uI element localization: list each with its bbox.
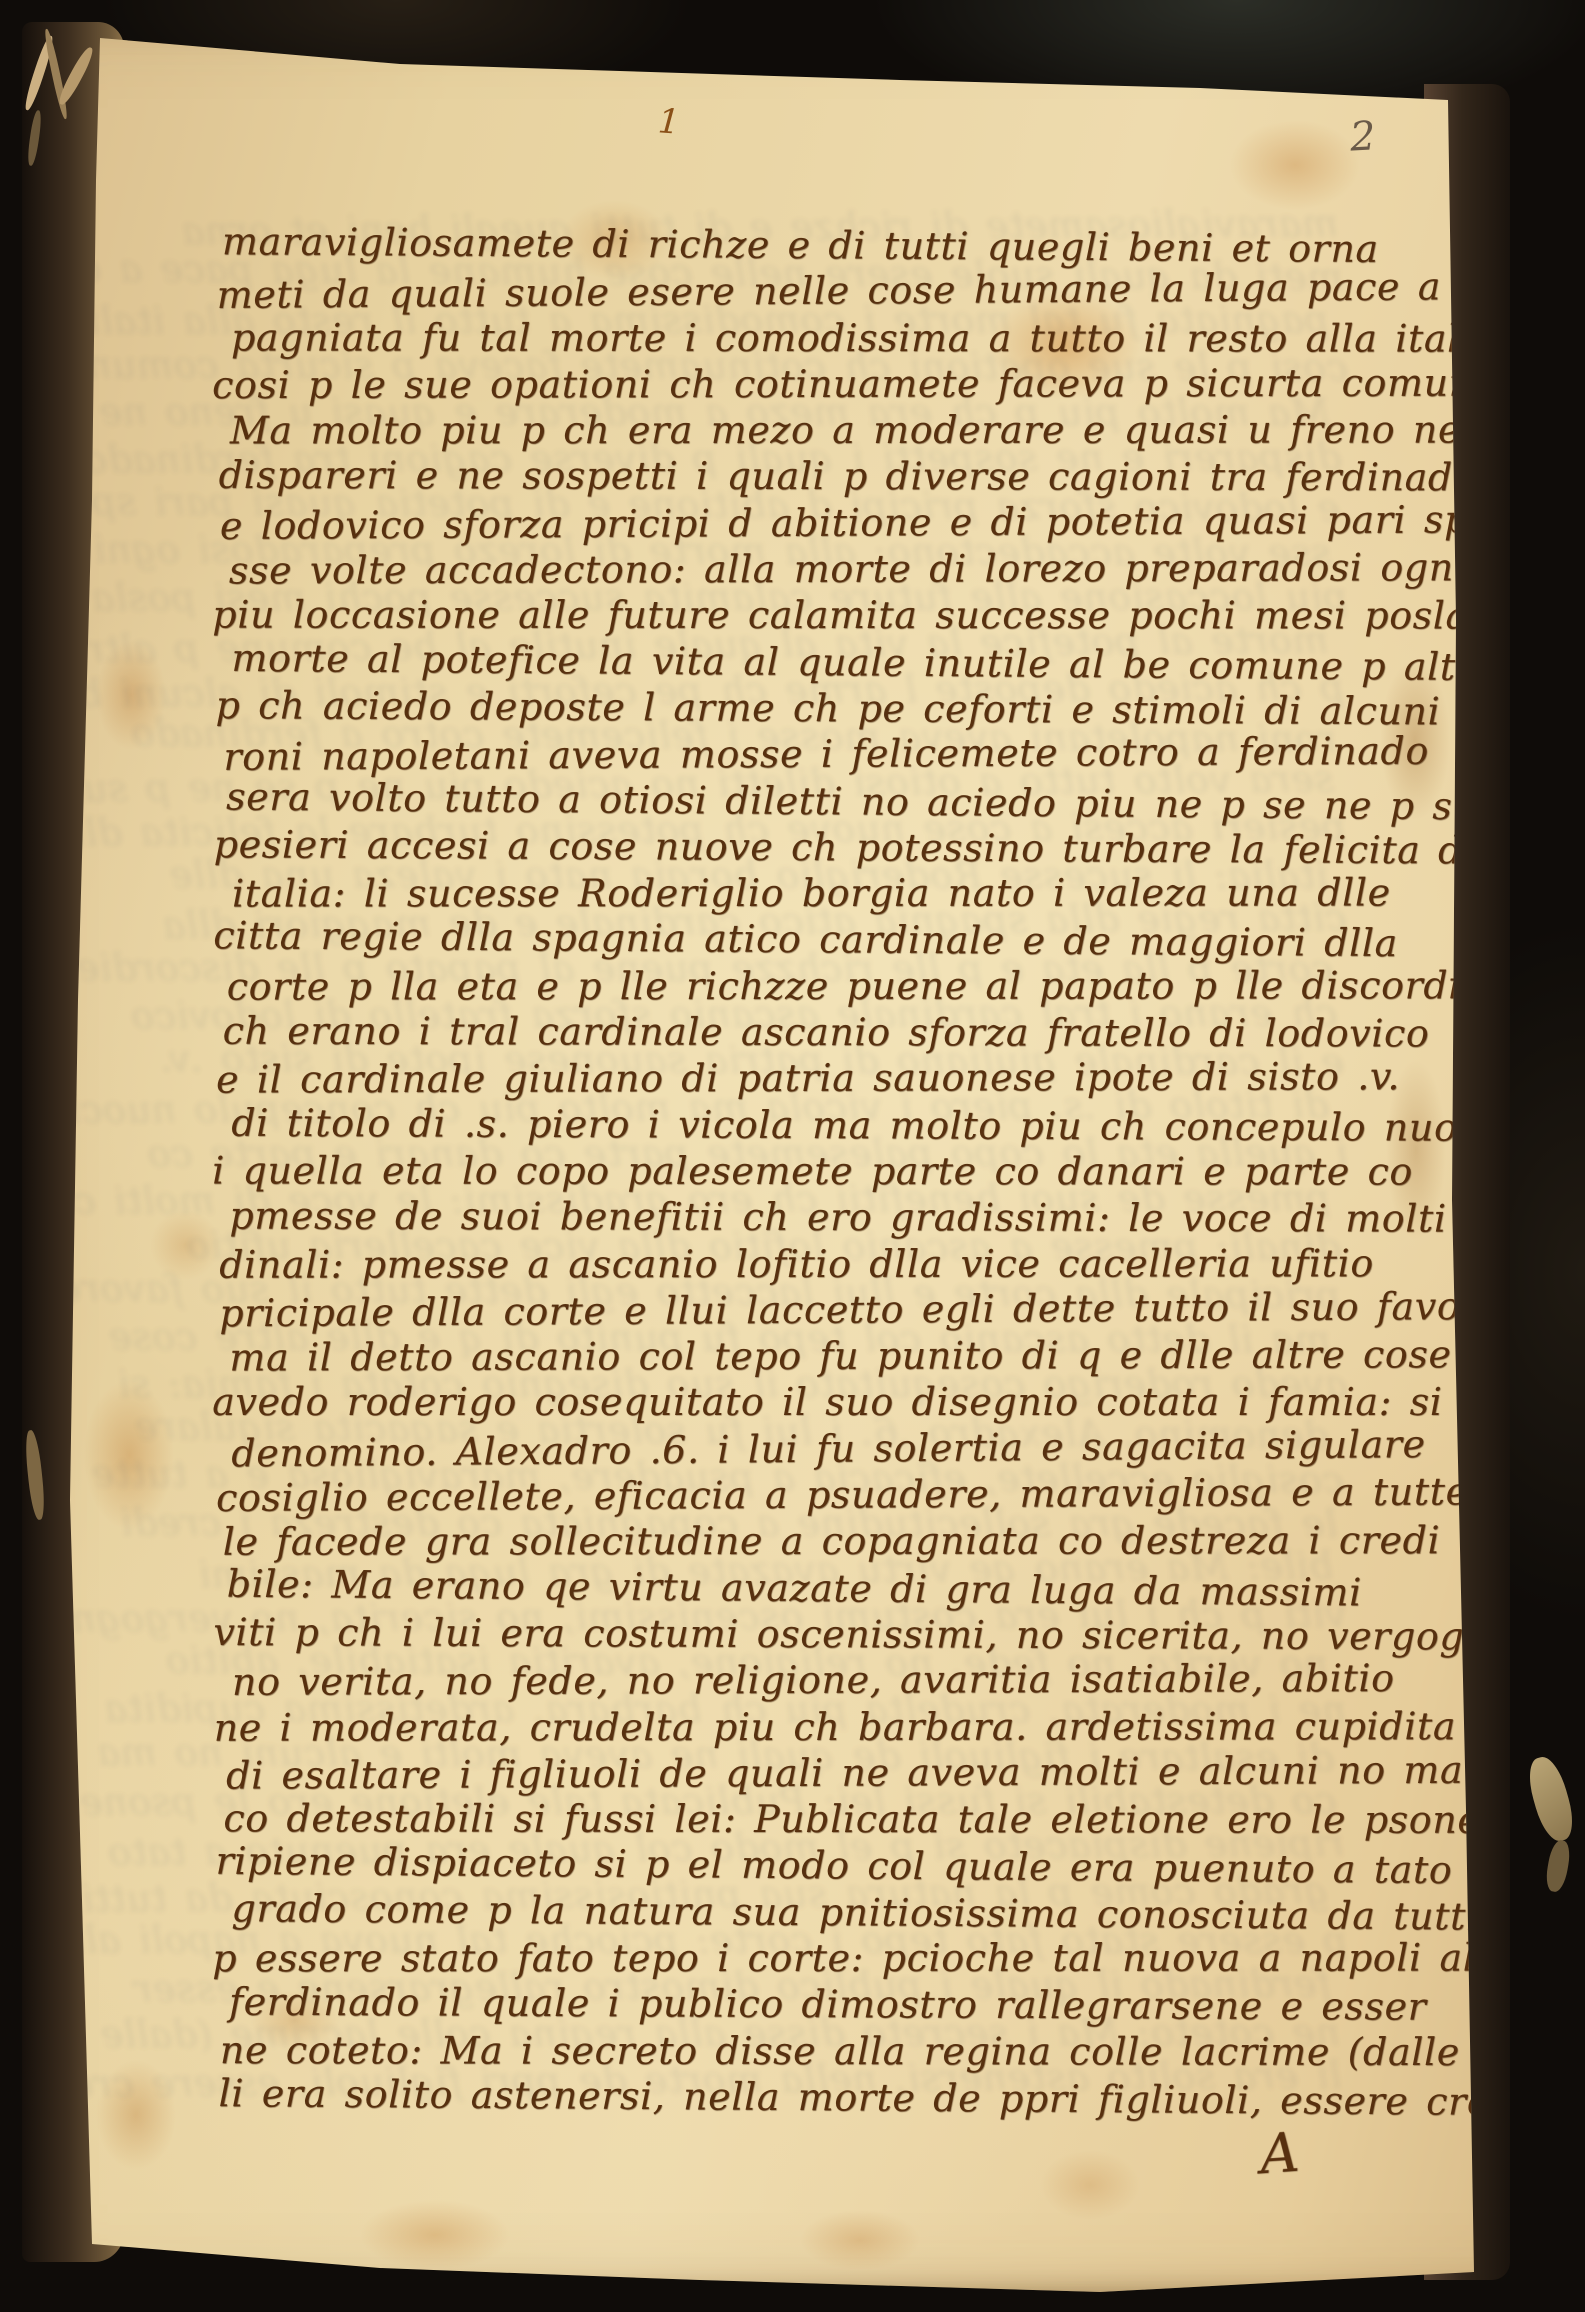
binding-thread-right (1544, 1839, 1573, 1894)
manuscript-line: cosiglio eccellete, eficacia a psuadere,… (216, 1469, 1346, 1521)
foxing-stain (150, 1210, 220, 1280)
manuscript-line: bile: Ma erano qe virtu avazate di gra l… (227, 1560, 1357, 1615)
manuscript-line: ne coteto: Ma i secreto disse alla regin… (220, 2027, 1350, 2075)
manuscript-line: sse volte accadectono: alla morte di lor… (229, 545, 1359, 594)
manuscript-line: di titolo di .s. piero i vicola ma molto… (231, 1099, 1361, 1150)
manuscript-line: citta regie dlla spagnia atico cardinale… (213, 913, 1343, 967)
manuscript-line: ch erano i tral cardinale ascanio sforza… (223, 1008, 1353, 1057)
foxing-stain (96, 640, 166, 750)
manuscript-line: ferdinado il quale i publico dimostro ra… (229, 1979, 1359, 2030)
folio-number-left: 1 (657, 101, 681, 142)
manuscript-line: li era solito astenersi, nella morte de … (218, 2070, 1348, 2124)
manuscript-line: p ch aciedo deposte l arme ch pe ceforti… (215, 682, 1345, 734)
manuscript-line: dinali: pmesse a ascanio lofitio dlla vi… (219, 1240, 1349, 1288)
manuscript-line: e lodovico sforza pricipi d abitione e d… (220, 497, 1350, 549)
manuscript-page: maravigliosamete di richze e di tutti qu… (0, 0, 1585, 2312)
manuscript-line: di esaltare i figliuoli de quali ne avev… (226, 1747, 1356, 1799)
manuscript-line: Ma molto piu p ch era mezo a moderare e … (230, 407, 1360, 454)
manuscript-line: pesieri accesi a cose nuove ch potessino… (214, 821, 1344, 873)
manuscript-line: viti p ch i lui era costumi oscenissimi,… (213, 1609, 1343, 1659)
text-block: maravigliosamete di richze e di tutti qu… (222, 222, 1352, 2120)
manuscript-line: avedo roderigo cosequitato il suo disegn… (212, 1379, 1342, 1425)
manuscript-line: roni napoletani aveva mosse i felicemete… (223, 728, 1353, 780)
manuscript-line: pmesse de suoi benefitii ch ero gradissi… (229, 1193, 1359, 1242)
manuscript-line: ma il detto ascanio col tepo fu punito d… (229, 1332, 1359, 1381)
manuscript-line: sera volto tutto a otiosi diletti no aci… (226, 773, 1356, 828)
manuscript-line: pricipale dlla corte e llui laccetto egl… (219, 1284, 1349, 1337)
foxing-stain (360, 2200, 510, 2270)
manuscript-line: cosi p le sue opationi ch cotinuamete fa… (212, 360, 1342, 408)
foxing-stain (84, 1380, 174, 1530)
manuscript-line: morte al potefice la vita al quale inuti… (231, 635, 1361, 690)
binding-thread-right (1523, 1753, 1579, 1845)
manuscript-line: i quella eta lo copo palesemete parte co… (212, 1147, 1342, 1194)
folio-number-right: 2 (1349, 113, 1377, 160)
foxing-stain (800, 2210, 920, 2270)
manuscript-line: corte p lla eta e p lle richzze puene al… (227, 962, 1357, 1009)
book-photograph: maravigliosamete di richze e di tutti qu… (0, 0, 1585, 2312)
manuscript-line: co detestabili si fussi lei: Publicata t… (223, 1795, 1353, 1843)
manuscript-line: ripiene dispiaceto si p el modo col qual… (215, 1838, 1345, 1893)
catchword: A (1258, 2121, 1301, 2187)
manuscript-line: maravigliosamete di richze e di tutti qu… (222, 218, 1352, 272)
manuscript-line: meti da quali suole esere nelle cose hum… (217, 264, 1347, 318)
manuscript-line: piu loccasione alle future calamita succ… (212, 592, 1342, 639)
manuscript-line: e il cardinale giuliano di patria sauone… (216, 1054, 1346, 1103)
manuscript-line: no verita, no fede, no religione, avarit… (232, 1655, 1362, 1705)
manuscript-line: le facede gra sollecitudine a copagniata… (223, 1518, 1353, 1566)
foxing-stain (1040, 2150, 1140, 2220)
manuscript-line: denomino. Alexadro .6. i lui fu solertia… (231, 1421, 1361, 1476)
foxing-stain (96, 2060, 176, 2170)
manuscript-line: ne i moderata, crudelta piu ch barbara. … (214, 1703, 1344, 1751)
manuscript-line: pagniata fu tal morte i comodissima a tu… (231, 314, 1361, 361)
manuscript-line: grado come p la natura sua pnitiosissima… (231, 1885, 1361, 1939)
foxing-stain (1230, 120, 1360, 210)
manuscript-line: dispareri e ne sospetti i quali p divers… (219, 452, 1349, 500)
manuscript-line: p essere stato fato tepo i corte: pcioch… (212, 1935, 1342, 1982)
manuscript-line: italia: li sucesse Roderiglio borgia nat… (232, 870, 1362, 917)
